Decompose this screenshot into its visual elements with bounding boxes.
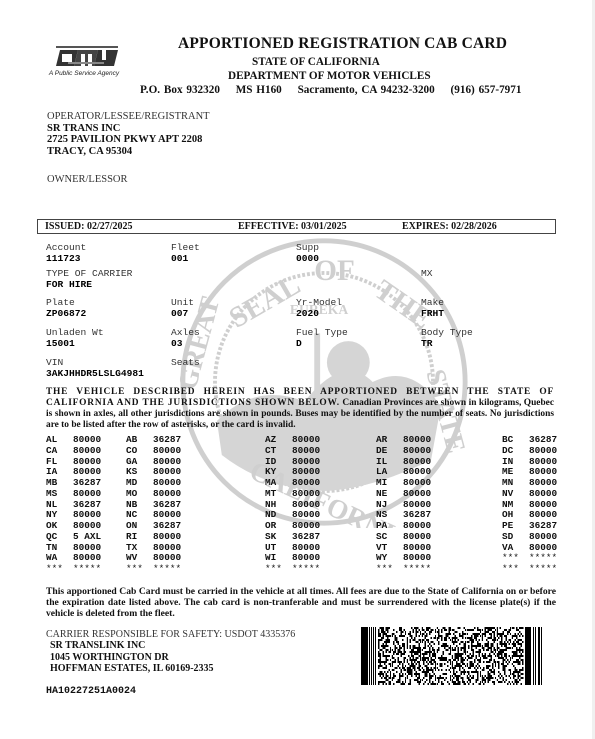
jurisdiction-weight: 36287 [153, 499, 181, 510]
jurisdiction-weight: 80000 [73, 456, 101, 467]
plate-value: ZP06872 [46, 309, 86, 320]
jurisdiction-row: ******** [265, 564, 365, 575]
registrant-address1: 2725 PAVILION PKWY APT 2208 [47, 134, 210, 146]
jurisdiction-weight: 80000 [403, 542, 431, 553]
owner-label: OWNER/LESSOR [47, 174, 128, 186]
jurisdiction-weight: ***** [529, 552, 557, 563]
city: Sacramento, CA 94232-3200 [298, 84, 435, 96]
jurisdiction-weight: 80000 [153, 466, 181, 477]
po-box: P.O. Box 932320 [140, 84, 220, 96]
dmv-logo-icon [56, 46, 118, 68]
jurisdiction-code: SC [376, 532, 403, 543]
svg-text:OF: OF [314, 255, 355, 287]
jurisdiction-weight: 36287 [529, 434, 557, 445]
department-name: DEPARTMENT OF MOTOR VEHICLES [228, 70, 431, 82]
jurisdiction-weight: ***** [403, 563, 431, 574]
jurisdiction-code: CA [46, 446, 73, 457]
jurisdiction-column: AR80000DE80000IL80000LA80000MI80000NE800… [376, 435, 476, 575]
jurisdiction-code: NE [376, 489, 403, 500]
jurisdictions-table: AL80000CA80000FL80000IA80000MB36287MS800… [46, 435, 561, 585]
safety-carrier-address1: 1045 WORTHINGTON DR [46, 652, 295, 663]
issued-date: ISSUED: 02/27/2025 [45, 221, 133, 232]
make-value: FRHT [421, 309, 444, 320]
unit-value: 007 [171, 309, 194, 320]
jurisdiction-row: ******** [502, 564, 595, 575]
jurisdiction-weight: ***** [73, 563, 101, 574]
jurisdiction-weight: 80000 [529, 456, 557, 467]
jurisdiction-weight: 80000 [153, 531, 181, 542]
jurisdiction-code: QC [46, 532, 73, 543]
account-field: Account 111723 [46, 243, 86, 264]
fuel-type-field: Fuel Type D [296, 328, 348, 349]
logo-tagline: A Public Service Agency [44, 70, 124, 77]
jurisdiction-weight: 80000 [292, 488, 320, 499]
unladen-wt-field: Unladen Wt 15001 [46, 328, 104, 349]
jurisdiction-weight: 36287 [73, 499, 101, 510]
jurisdiction-weight: 80000 [292, 552, 320, 563]
jurisdiction-weight: 80000 [529, 499, 557, 510]
jurisdiction-weight: 80000 [292, 520, 320, 531]
carrier-type-field: TYPE OF CARRIER FOR HIRE [46, 269, 132, 290]
jurisdiction-weight: 80000 [153, 456, 181, 467]
jurisdiction-column: AZ80000CT80000ID80000KY80000MA80000MT800… [265, 435, 365, 575]
jurisdiction-weight: 80000 [73, 445, 101, 456]
jurisdiction-weight: 80000 [403, 520, 431, 531]
jurisdiction-weight: ***** [153, 563, 181, 574]
jurisdiction-weight: 80000 [529, 466, 557, 477]
fleet-value: 001 [171, 254, 200, 265]
safety-carrier-name: SR TRANSLINK INC [46, 640, 295, 651]
jurisdiction-row: ******** [376, 564, 476, 575]
jurisdiction-weight: 80000 [403, 488, 431, 499]
jurisdiction-code: CT [265, 446, 292, 457]
safety-carrier-address2: HOFFMAN ESTATES, IL 60169-2335 [46, 663, 295, 674]
supp-field: Supp 0000 [296, 243, 319, 264]
jurisdiction-weight: 80000 [529, 531, 557, 542]
jurisdiction-weight: 80000 [292, 434, 320, 445]
jurisdiction-column: AB36287CO80000GA80000KS80000MD80000MO800… [126, 435, 226, 575]
jurisdiction-weight: 80000 [292, 456, 320, 467]
jurisdiction-code: *** [46, 564, 73, 575]
fleet-field: Fleet 001 [171, 243, 200, 264]
jurisdiction-code: NV [502, 489, 529, 500]
jurisdiction-code: SD [502, 532, 529, 543]
phone: (916) 657-7971 [451, 84, 522, 96]
jurisdiction-weight: 80000 [529, 509, 557, 520]
jurisdiction-code: *** [126, 564, 153, 575]
body-type-value: TR [421, 339, 473, 350]
axles-field: Axles 03 [171, 328, 200, 349]
jurisdiction-weight: 36287 [73, 477, 101, 488]
document-title: APPORTIONED REGISTRATION CAB CARD [178, 35, 507, 53]
jurisdiction-weight: 80000 [153, 552, 181, 563]
jurisdiction-weight: 80000 [153, 509, 181, 520]
effective-date: EFFECTIVE: 03/01/2025 [238, 221, 347, 232]
jurisdiction-code: *** [502, 564, 529, 575]
axles-value: 03 [171, 339, 200, 350]
jurisdiction-weight: 80000 [292, 542, 320, 553]
jurisdiction-code: SK [265, 532, 292, 543]
jurisdiction-weight: 80000 [403, 499, 431, 510]
jurisdiction-weight: 80000 [153, 477, 181, 488]
registrant-label: OPERATOR/LESSEE/REGISTRANT [47, 111, 210, 123]
jurisdiction-weight: 80000 [403, 466, 431, 477]
jurisdiction-weight: 80000 [292, 445, 320, 456]
jurisdiction-code: *** [265, 564, 292, 575]
jurisdiction-column: BC36287DC80000IN80000ME80000MN80000NV800… [502, 435, 595, 575]
jurisdiction-weight: 80000 [403, 456, 431, 467]
jurisdiction-weight: 80000 [292, 499, 320, 510]
jurisdiction-weight: ***** [292, 563, 320, 574]
jurisdiction-weight: 5 AXL [73, 531, 101, 542]
jurisdiction-row: ******** [126, 564, 226, 575]
jurisdiction-code: MT [265, 489, 292, 500]
jurisdiction-weight: 80000 [73, 542, 101, 553]
make-field: Make FRHT [421, 298, 444, 319]
jurisdiction-weight: 80000 [529, 488, 557, 499]
jurisdiction-weight: 36287 [153, 520, 181, 531]
dates-box: ISSUED: 02/27/2025 EFFECTIVE: 03/01/2025… [37, 219, 556, 234]
jurisdiction-weight: 80000 [153, 445, 181, 456]
yr-model-field: Yr-Model 2020 [296, 298, 342, 319]
department-address: P.O. Box 932320 MS H160 Sacramento, CA 9… [140, 84, 533, 96]
jurisdiction-weight: 80000 [292, 477, 320, 488]
jurisdiction-weight: 80000 [403, 477, 431, 488]
account-value: 111723 [46, 254, 86, 265]
jurisdiction-weight: 80000 [292, 466, 320, 477]
jurisdiction-code: *** [376, 564, 403, 575]
registrant-block: OPERATOR/LESSEE/REGISTRANT SR TRANS INC … [47, 111, 210, 157]
jurisdiction-code: DE [376, 446, 403, 457]
jurisdiction-weight: 80000 [403, 531, 431, 542]
jurisdiction-weight: 80000 [529, 542, 557, 553]
dmv-logo: A Public Service Agency [44, 44, 124, 84]
vin-field: VIN 3AKJHHDR5LSLG4981 [46, 358, 144, 379]
mail-stop: MS H160 [236, 84, 282, 96]
expires-date: EXPIRES: 02/28/2026 [402, 221, 497, 232]
supp-value: 0000 [296, 254, 319, 265]
carrier-type-value: FOR HIRE [46, 280, 132, 291]
jurisdiction-weight: 80000 [403, 445, 431, 456]
jurisdiction-weight: 80000 [73, 520, 101, 531]
state-name: STATE OF CALIFORNIA [252, 56, 380, 68]
seats-field: Seats [171, 358, 200, 369]
jurisdiction-weight: 80000 [153, 542, 181, 553]
control-number: HA10227251A0024 [46, 686, 136, 697]
jurisdiction-weight: 80000 [73, 509, 101, 520]
jurisdiction-code: RI [126, 532, 153, 543]
jurisdiction-code: MO [126, 489, 153, 500]
registrant-name: SR TRANS INC [47, 123, 210, 135]
jurisdiction-weight: 80000 [73, 434, 101, 445]
apportionment-notice: THE VEHICLE DESCRIBED HEREIN HAS BEEN AP… [46, 387, 554, 431]
jurisdiction-weight: ***** [529, 563, 557, 574]
body-type-field: Body Type TR [421, 328, 473, 349]
yr-model-value: 2020 [296, 309, 342, 320]
jurisdiction-weight: 80000 [153, 488, 181, 499]
mx-field: MX [421, 269, 433, 280]
safety-carrier-block: CARRIER RESPONSIBLE FOR SAFETY: USDOT 43… [46, 629, 295, 675]
fuel-type-value: D [296, 339, 348, 350]
unladen-wt-value: 15001 [46, 339, 104, 350]
jurisdiction-weight: 80000 [529, 445, 557, 456]
jurisdiction-weight: 36287 [403, 509, 431, 520]
jurisdiction-weight: 80000 [529, 477, 557, 488]
jurisdiction-weight: 80000 [403, 434, 431, 445]
plate-field: Plate ZP06872 [46, 298, 86, 319]
jurisdiction-weight: 36287 [153, 434, 181, 445]
jurisdiction-weight: 80000 [292, 509, 320, 520]
registrant-address2: TRACY, CA 95304 [47, 146, 210, 158]
jurisdiction-weight: 80000 [73, 488, 101, 499]
cab-card-footer-note: This apportioned Cab Card must be carrie… [46, 586, 556, 619]
unit-field: Unit 007 [171, 298, 194, 319]
jurisdiction-weight: 36287 [529, 520, 557, 531]
jurisdiction-code: CO [126, 446, 153, 457]
vin-value: 3AKJHHDR5LSLG4981 [46, 369, 144, 380]
safety-carrier-label: CARRIER RESPONSIBLE FOR SAFETY: USDOT 43… [46, 629, 295, 640]
jurisdiction-code: MS [46, 489, 73, 500]
jurisdiction-weight: 80000 [403, 552, 431, 563]
jurisdiction-code: DC [502, 446, 529, 457]
pdf417-barcode-icon [361, 627, 546, 685]
jurisdiction-weight: 80000 [73, 552, 101, 563]
jurisdiction-weight: 36287 [292, 531, 320, 542]
jurisdiction-weight: 80000 [73, 466, 101, 477]
